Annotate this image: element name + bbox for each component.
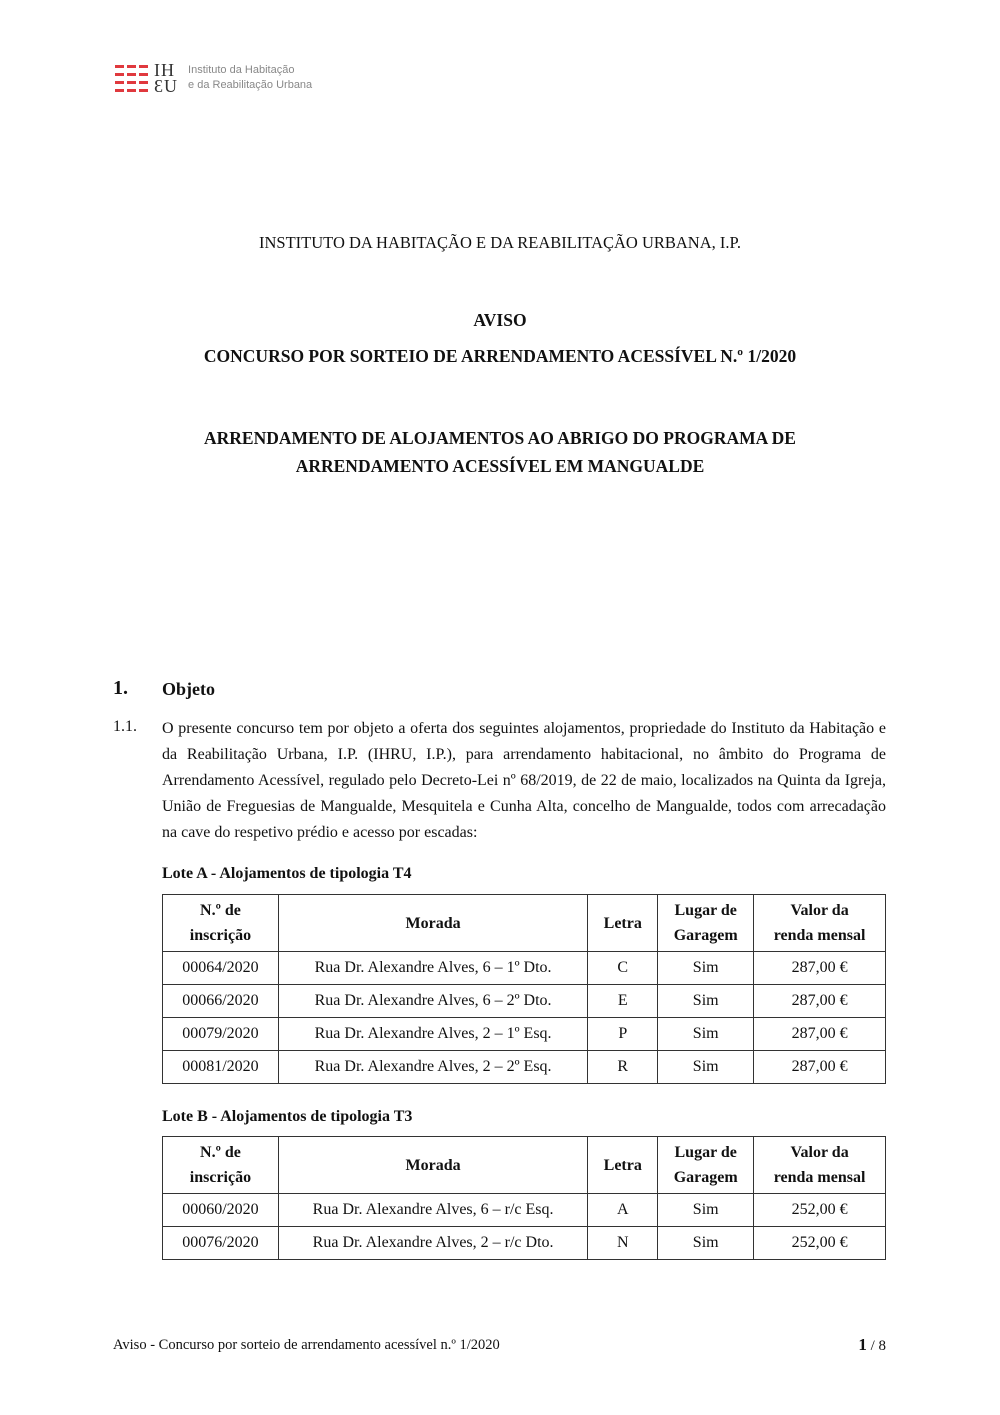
cell-renda: 287,00 €: [754, 1051, 886, 1084]
header-letra: Letra: [588, 895, 658, 952]
cell-inscricao: 00079/2020: [163, 1018, 279, 1051]
cell-morada: Rua Dr. Alexandre Alves, 2 – 2º Esq.: [278, 1051, 587, 1084]
logo-mark: IH ƐU: [154, 62, 178, 94]
table-row: 00076/2020Rua Dr. Alexandre Alves, 2 – r…: [163, 1227, 886, 1260]
cell-morada: Rua Dr. Alexandre Alves, 6 – r/c Esq.: [278, 1194, 587, 1227]
table-row: 00064/2020Rua Dr. Alexandre Alves, 6 – 1…: [163, 952, 886, 985]
header-inscricao: N.º deinscrição: [163, 895, 279, 952]
cell-letra: N: [588, 1227, 658, 1260]
cell-letra: A: [588, 1194, 658, 1227]
cell-renda: 252,00 €: [754, 1194, 886, 1227]
table-row: 00079/2020Rua Dr. Alexandre Alves, 2 – 1…: [163, 1018, 886, 1051]
cell-morada: Rua Dr. Alexandre Alves, 6 – 2º Dto.: [278, 985, 587, 1018]
table-header-row: N.º deinscrição Morada Letra Lugar deGar…: [163, 1137, 886, 1194]
cell-renda: 252,00 €: [754, 1227, 886, 1260]
cell-letra: E: [588, 985, 658, 1018]
document-page: IH ƐU Instituto da Habitação e da Reabil…: [0, 0, 1000, 1415]
document-title: AVISO: [0, 310, 1000, 331]
header-garagem: Lugar deGaragem: [658, 1137, 754, 1194]
document-subtitle: ARRENDAMENTO DE ALOJAMENTOS AO ABRIGO DO…: [0, 424, 1000, 480]
lote-b-title: Lote B - Alojamentos de tipologia T3: [162, 1108, 412, 1126]
lote-b-table: N.º deinscrição Morada Letra Lugar deGar…: [162, 1136, 886, 1260]
header-garagem: Lugar deGaragem: [658, 895, 754, 952]
footer-text: Aviso - Concurso por sorteio de arrendam…: [113, 1337, 500, 1354]
cell-renda: 287,00 €: [754, 985, 886, 1018]
header-letra: Letra: [588, 1137, 658, 1194]
cell-letra: R: [588, 1051, 658, 1084]
section-heading: Objeto: [162, 679, 215, 700]
cell-garagem: Sim: [658, 952, 754, 985]
header-renda: Valor darenda mensal: [754, 895, 886, 952]
paragraph-text: O presente concurso tem por objeto a ofe…: [162, 716, 886, 846]
logo-text: Instituto da Habitação e da Reabilitação…: [188, 63, 312, 93]
cell-morada: Rua Dr. Alexandre Alves, 6 – 1º Dto.: [278, 952, 587, 985]
cell-renda: 287,00 €: [754, 1018, 886, 1051]
cell-inscricao: 00060/2020: [163, 1194, 279, 1227]
table-header-row: N.º deinscrição Morada Letra Lugar deGar…: [163, 895, 886, 952]
header-inscricao: N.º deinscrição: [163, 1137, 279, 1194]
logo-dashes-icon: [115, 65, 148, 92]
cell-morada: Rua Dr. Alexandre Alves, 2 – r/c Dto.: [278, 1227, 587, 1260]
cell-inscricao: 00076/2020: [163, 1227, 279, 1260]
section-number: 1.: [113, 677, 128, 700]
contest-title: CONCURSO POR SORTEIO DE ARRENDAMENTO ACE…: [0, 346, 1000, 367]
cell-garagem: Sim: [658, 985, 754, 1018]
cell-garagem: Sim: [658, 1051, 754, 1084]
cell-letra: P: [588, 1018, 658, 1051]
table-row: 00081/2020Rua Dr. Alexandre Alves, 2 – 2…: [163, 1051, 886, 1084]
lote-a-title: Lote A - Alojamentos de tipologia T4: [162, 865, 412, 883]
header-morada: Morada: [278, 1137, 587, 1194]
paragraph-number: 1.1.: [113, 718, 137, 736]
page-number: 1 / 8: [858, 1335, 886, 1355]
cell-garagem: Sim: [658, 1194, 754, 1227]
cell-inscricao: 00081/2020: [163, 1051, 279, 1084]
table-row: 00066/2020Rua Dr. Alexandre Alves, 6 – 2…: [163, 985, 886, 1018]
cell-inscricao: 00066/2020: [163, 985, 279, 1018]
cell-garagem: Sim: [658, 1018, 754, 1051]
cell-renda: 287,00 €: [754, 952, 886, 985]
cell-inscricao: 00064/2020: [163, 952, 279, 985]
cell-morada: Rua Dr. Alexandre Alves, 2 – 1º Esq.: [278, 1018, 587, 1051]
table-row: 00060/2020Rua Dr. Alexandre Alves, 6 – r…: [163, 1194, 886, 1227]
header-morada: Morada: [278, 895, 587, 952]
lote-a-table: N.º deinscrição Morada Letra Lugar deGar…: [162, 894, 886, 1084]
organization-name: INSTITUTO DA HABITAÇÃO E DA REABILITAÇÃO…: [0, 233, 1000, 253]
cell-letra: C: [588, 952, 658, 985]
header-renda: Valor darenda mensal: [754, 1137, 886, 1194]
cell-garagem: Sim: [658, 1227, 754, 1260]
ihru-logo: IH ƐU Instituto da Habitação e da Reabil…: [115, 58, 312, 98]
